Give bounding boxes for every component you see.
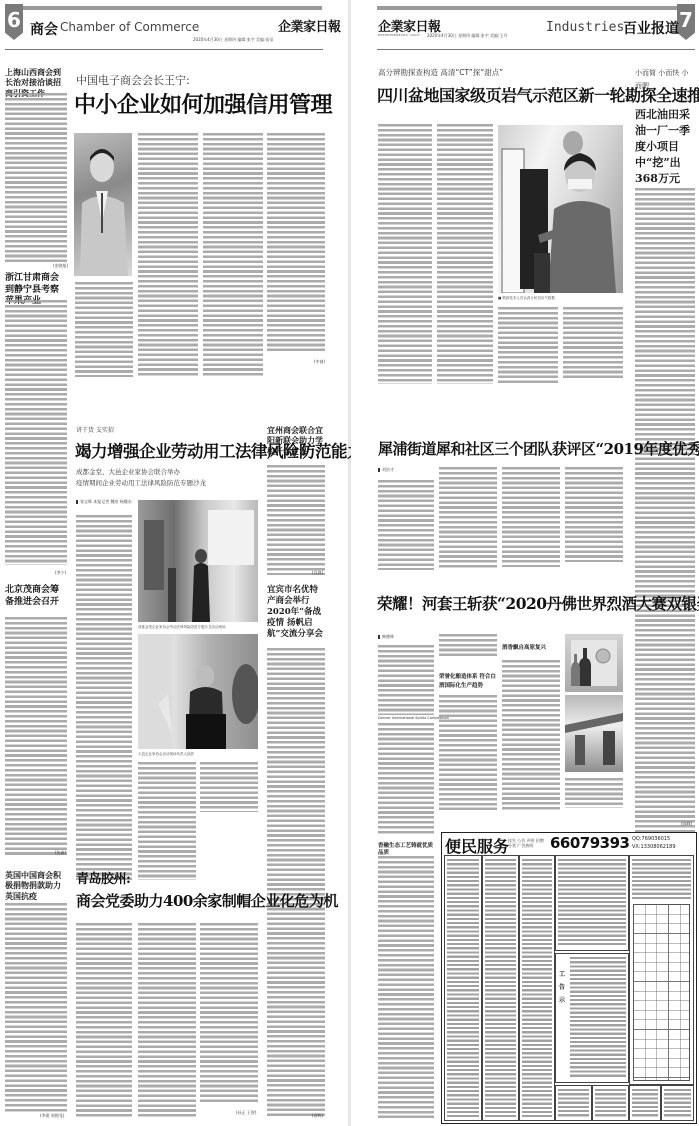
liquor-body-col-2a [439,634,497,656]
salon-scene [138,500,258,622]
labor-subdeck-2: 疫情期间企业劳动用工法律风险防范专题沙龙 [76,478,206,488]
lead-kicker: 中国电子商会会长王宁: [76,72,190,88]
page-6-chamber-of-commerce: 6 商会 Chamber of Commerce 企業家日報 2020年4月30… [0,0,348,1126]
page-7-industries: 7 企業家日報 ENTREPRENEURS' DAILY 2020年4月30日 … [351,0,699,1126]
classified-qq: QQ:769036015 [632,836,670,842]
top-rule [10,6,322,10]
page-number-badge: 7 [677,4,695,40]
lead-body-col-2 [138,133,198,377]
section-title-en: Industries [546,20,624,35]
qingdao-kicker: 青岛胶州: [76,868,130,887]
page-number-badge: 6 [5,4,23,40]
ad-listing-col-2 [482,855,519,1121]
ad-notice-top [555,855,629,951]
ad-table-panel [629,855,694,1085]
ad-notice-text [558,859,626,947]
section-title-en: Chamber of Commerce [60,20,199,34]
sidebar-credit-3: (张鑫) [55,850,66,856]
liquor-body-col-4 [565,778,623,808]
liquor-subhead-1: 酒香飘自高原复兴 [502,645,562,652]
lead-body-col-3 [203,133,263,377]
labor-kicker: 讲干货 支实招 [76,425,114,434]
labor-subdeck-1: 成都金堂、大邑企业家协会联合举办 [76,467,180,477]
ad-small-text [664,1089,691,1117]
ad-small-text [558,1089,589,1117]
sidebar-headline-4[interactable]: 英国中国商会积极捐物捐款助力英国抗疫 [5,870,67,901]
shale-kicker: 高分辨勘探查构造 高清“CT”探“甜点” [378,67,503,78]
liquor-bottle-award-photo [565,634,623,692]
masthead-logo: 企業家日報 [278,16,341,35]
sidebar-credit-4: (李建 周锦龙) [40,1113,64,1119]
labor-byline: 张宝辉 本报记者 魏泉 杨继东 [76,499,132,505]
qingdao-body-col-1 [76,923,132,1118]
podium-scene [138,634,258,749]
ad-small-3 [629,1085,661,1121]
yibin-body-2 [267,648,325,1118]
header-rule [5,49,323,50]
community-byline: 刘治才 [378,467,394,473]
oilfield-headline[interactable]: 西北油田采油一厂一季度小项目中“挖”出368万元 [635,107,695,187]
wang-ning-portrait-photo [74,133,132,276]
portrait-illustration [74,133,132,276]
liquor-body-col-2b [439,695,497,810]
qingdao-body-col-2 [138,923,196,1118]
community-body-col-4 [565,467,623,562]
labor-body-col-1 [76,515,132,880]
ad-listing-text [447,859,479,1117]
brewery-interior-photo [565,695,623,772]
bottle-scene [565,634,623,692]
brewery-scene [565,695,623,772]
sidebar-body-4 [5,903,67,1113]
classified-ad-title: 便民服务 [445,834,509,857]
liquor-body-col-1c [378,856,434,1118]
yibin-body-1 [267,465,325,575]
community-body-col-2 [439,467,497,570]
liquor-credit: (陈峰) [681,821,692,827]
qingdao-body-col-3 [200,923,258,1103]
ad-small-2 [592,1085,629,1121]
sidebar-body-1 [5,93,67,263]
labor-body-col-2 [138,762,196,880]
liquor-body-col-1b [378,723,434,835]
lead-body-col-4 [267,133,325,353]
yibin-credit-1: (宜商) [312,570,323,576]
lead-credit: (中商) [314,359,325,365]
ad-listing-col-1 [444,855,482,1121]
labor-body-col-3 [200,762,258,812]
classified-vx: VX:13308062189 [632,844,676,850]
oilfield-kicker: 小而简 小而快 小而肥 [635,67,695,93]
yibin-credit-2: (袁辉) [312,1113,323,1119]
ad-notice-title: 工告示 [559,968,567,1007]
sidebar-credit-2: (李宁) [55,570,66,576]
shale-body-col-2 [437,124,493,384]
liquor-body-col-1a [378,645,434,715]
ad-listing-text [485,859,516,1117]
liquor-headline[interactable]: 荣耀！河套王斩获“2020丹佛世界烈酒大赛双银奖” [377,592,699,614]
classified-phone-number[interactable]: 66079393 [550,834,630,852]
ad-listing-col-3 [519,855,555,1121]
ad-listing-text [522,859,552,1117]
community-body-col-1 [378,480,434,570]
yibin-headline-2[interactable]: 宜宾市名优特产商会举行2020年“备战疫情 扬帆启航”交流分享会 [267,585,325,640]
ad-small-4 [661,1085,694,1121]
engineers-monitor-photo [498,125,623,293]
top-rule [377,6,677,10]
qingdao-credit: (孙正 王智) [236,1110,256,1116]
lead-body-col-1 [75,282,133,377]
section-title-cn: 商会 [30,19,58,39]
dateline: 2020年4月30日 星期四 编辑:张宇 美编:王丹 [427,33,507,39]
lead-headline[interactable]: 中小企业如何加强信用管理 [74,88,332,119]
classified-services: 挂失 公告 声明 招聘 分类 广告热线 [508,838,548,848]
shale-body-col-3 [498,307,558,384]
dateline: 2020年4月30日 星期四 编辑:张宇 美编:张蒂 [193,37,273,43]
sidebar-body-3 [5,617,67,857]
masthead-en: ENTREPRENEURS' DAILY [378,33,420,37]
ad-small-text [595,1089,626,1117]
liquor-byline: 韩德林 [378,634,394,640]
liquor-body-col-3 [502,660,560,810]
shale-body-col-1 [378,124,432,384]
header-rule [377,49,695,50]
sidebar-headline-3[interactable]: 北京茂商会筹备推进会召开 [5,585,67,608]
ad-small-1 [555,1085,592,1121]
yibin-headline-1[interactable]: 宜州商会联合宜阳新联会助力学校开学复课 [267,425,325,456]
community-body-col-3 [502,467,560,567]
sidebar-body-2 [5,300,67,565]
shale-photo-caption: ■ 勘探技术人员认真分析页岩气数据 [498,296,555,301]
community-headline[interactable]: 犀浦街道犀和社区三个团队获评区“2019年度优秀社区合伙人” [378,438,699,459]
classified-ad-panel: 便民服务 挂失 公告 声明 招聘 分类 广告热线 66079393 QQ:769… [441,832,697,1124]
speaker-podium-photo [138,634,258,749]
shale-body-col-4 [563,307,623,379]
ad-notice-workers: 工告示 [555,953,629,1083]
salon-photo-caption: 成都金堂企业家协会劳动法律风险防范专题沙龙活动现场 [138,625,226,630]
qingdao-headline[interactable]: 商会党委助力400余家制帽企业化危为机 [76,890,338,911]
engineers-scene [498,125,623,293]
liquor-subhead-2: 荣誉化酿造体系 符合白酒国际化生产趋势 [439,673,497,691]
podium-photo-caption: 大邑企业家协会活动现场负责人致辞 [138,752,194,757]
sidebar-credit-1: (史晓旭) [53,263,68,269]
ad-small-text [632,1089,658,1117]
ad-notice-text [570,957,626,1079]
section-title-cn: 百业报道 [623,18,679,38]
ad-table-intro [632,859,691,899]
ad-data-table [633,904,690,1081]
salon-event-photo [138,500,258,622]
